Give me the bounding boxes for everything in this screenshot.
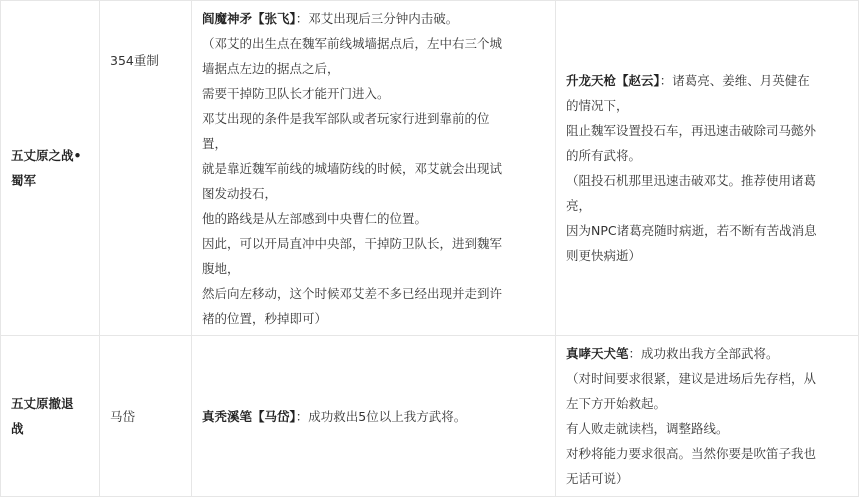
condition-cell: 真哮天犬笔：成功救出我方全部武将。 （对时间要求很紧，建议是进场后先存档，从 左… — [556, 336, 859, 497]
weapon-unlock-table: 五丈原之战• 蜀军 354重制 阎魔神矛【张飞】：邓艾出现后三分钟内击破。 （邓… — [0, 0, 859, 497]
note-line: 的情况下， — [566, 93, 848, 118]
note-line: 邓艾出现的条件是我军部队或者玩家行进到靠前的位 — [202, 106, 545, 131]
weapon-title: 阎魔神矛【张飞】 — [202, 11, 296, 26]
note-line: 腹地， — [202, 256, 545, 281]
note-line: 墙据点左边的据点之后， — [202, 56, 545, 81]
note-line: 左下方开始救起。 — [566, 391, 848, 416]
note-line: （对时间要求很紧，建议是进场后先存档，从 — [566, 366, 848, 391]
note-line: 置， — [202, 131, 545, 156]
note-line: 图发动投石， — [202, 181, 545, 206]
note-line: （阻投石机那里迅速击破邓艾。推荐使用诸葛 — [566, 168, 848, 193]
weapon-condition: ：成功救出我方全部武将。 — [629, 346, 779, 361]
stage-name: 五丈原撤退 — [11, 391, 89, 416]
note-line: 就是靠近魏军前线的城墙防线的时候，邓艾就会出现试 — [202, 156, 545, 181]
note-line: 然后向左移动，这个时候邓艾差不多已经出现并走到许 — [202, 281, 545, 306]
note-line: 亮， — [566, 193, 848, 218]
weapon-condition: ：邓艾出现后三分钟内击破。 — [296, 11, 459, 26]
note-line: 需要干掉防卫队长才能开门进入。 — [202, 81, 545, 106]
note-line: 则更快病逝） — [566, 243, 848, 268]
note-line: 阻止魏军设置投石车，再迅速击破除司马懿外 — [566, 118, 848, 143]
note-line: 褚的位置，秒掉即可） — [202, 306, 545, 331]
condition-cell: 升龙天枪【赵云】：诸葛亮、姜维、月英健在 的情况下， 阻止魏军设置投石车，再迅速… — [556, 1, 859, 336]
stage-name: 战 — [11, 416, 89, 441]
note-line: 因为NPC诸葛亮随时病逝，若不断有苦战消息 — [566, 218, 848, 243]
stage-cell: 五丈原之战• 蜀军 — [1, 1, 100, 336]
weapon-title: 升龙天枪【赵云】 — [566, 73, 660, 88]
character-cell: 马岱 — [100, 336, 192, 497]
note-line: 对秒将能力要求很高。当然你要是吹笛子我也 — [566, 441, 848, 466]
weapon-title: 真哮天犬笔 — [566, 346, 629, 361]
character-name: 马岱 — [110, 409, 135, 424]
stage-cell: 五丈原撤退 战 — [1, 336, 100, 497]
note-line: 因此，可以开局直冲中央部，干掉防卫队长，进到魏军 — [202, 231, 545, 256]
weapon-title: 真秃溪笔【马岱】 — [202, 409, 296, 424]
table-row: 五丈原之战• 蜀军 354重制 阎魔神矛【张飞】：邓艾出现后三分钟内击破。 （邓… — [1, 1, 859, 336]
note-line: 无话可说） — [566, 466, 848, 491]
note-line: 有人败走就读档，调整路线。 — [566, 416, 848, 441]
stage-name: 蜀军 — [11, 168, 89, 193]
character-cell: 354重制 — [100, 1, 192, 336]
condition-cell: 真秃溪笔【马岱】：成功救出5位以上我方武将。 — [192, 336, 556, 497]
condition-cell: 阎魔神矛【张飞】：邓艾出现后三分钟内击破。 （邓艾的出生点在魏军前线城墙据点后，… — [192, 1, 556, 336]
weapon-condition: ：成功救出5位以上我方武将。 — [296, 409, 466, 424]
stage-name: 五丈原之战• — [11, 143, 89, 168]
note-line: 他的路线是从左部感到中央曹仁的位置。 — [202, 206, 545, 231]
character-name: 354重制 — [110, 53, 159, 68]
table-row: 五丈原撤退 战 马岱 真秃溪笔【马岱】：成功救出5位以上我方武将。 真哮天犬笔：… — [1, 336, 859, 497]
note-line: 的所有武将。 — [566, 143, 848, 168]
note-line: （邓艾的出生点在魏军前线城墙据点后，左中右三个城 — [202, 31, 545, 56]
weapon-condition: ：诸葛亮、姜维、月英健在 — [660, 73, 810, 88]
